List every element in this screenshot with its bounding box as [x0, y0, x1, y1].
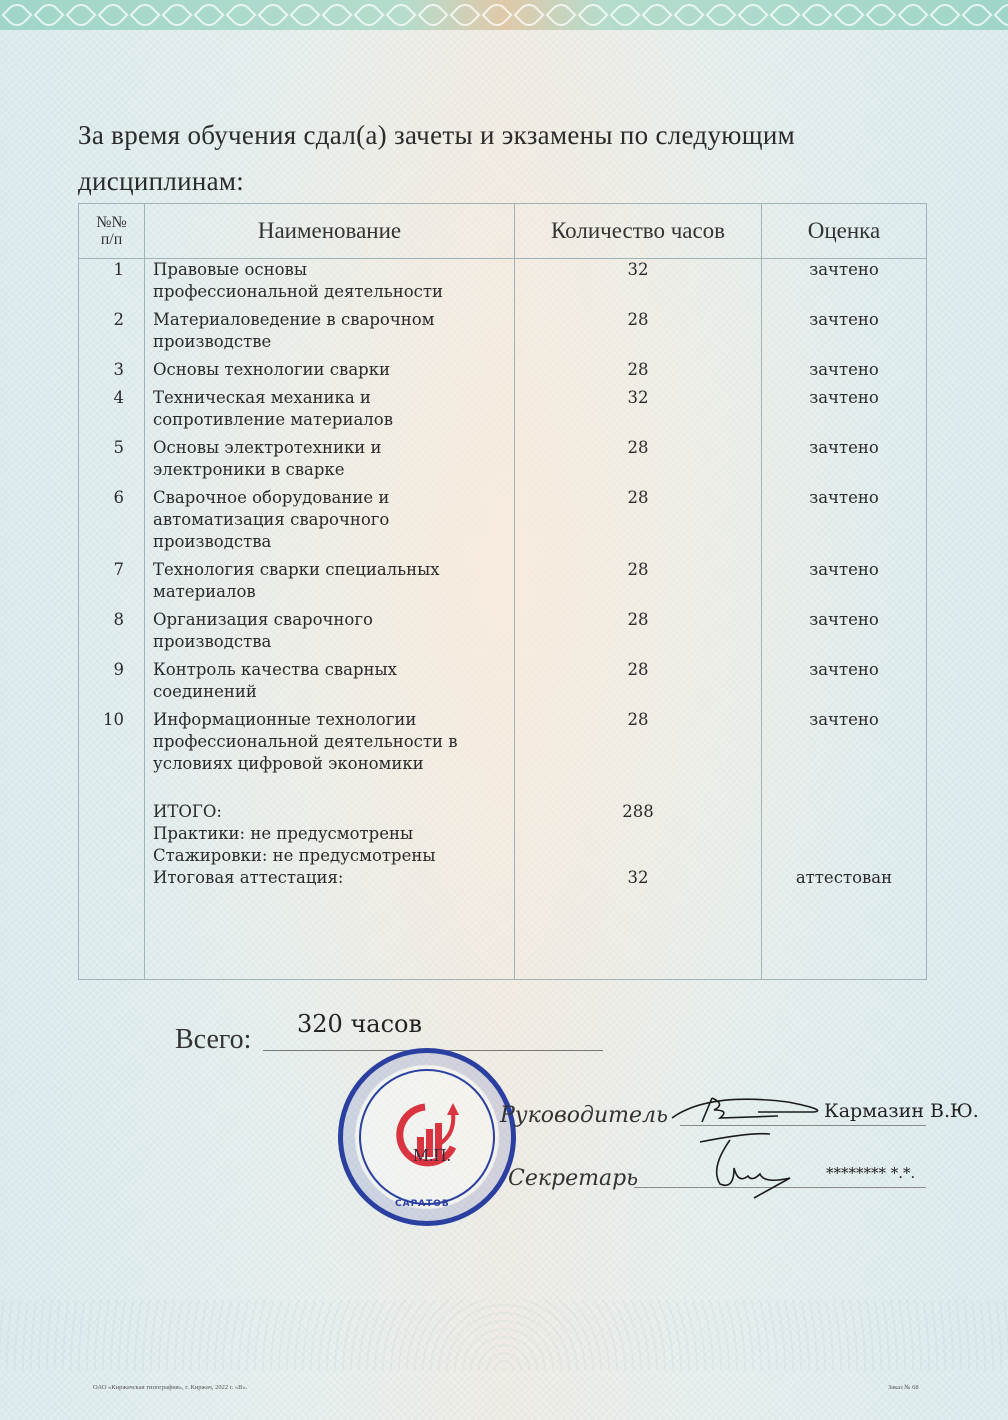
ornament-icon: [801, 0, 832, 30]
discipline-grade: зачтено: [762, 487, 927, 559]
summary-number-cell: [79, 781, 145, 889]
row-number: 1: [79, 259, 145, 310]
ornament-icon: [641, 0, 672, 30]
discipline-name-line: Технология сварки специальных: [153, 559, 514, 581]
summary-hours-value: [515, 823, 761, 845]
summary-label: Стажировки: не предусмотрены: [153, 845, 514, 867]
discipline-hours: 28: [515, 609, 762, 659]
ornament-icon: [737, 0, 768, 30]
row-number: 2: [79, 309, 145, 359]
discipline-grade: зачтено: [762, 709, 927, 781]
ornament-icon: [353, 0, 384, 30]
secretary-name: ******** *.*.: [826, 1164, 915, 1182]
discipline-name-line: автоматизация сварочного: [153, 509, 514, 531]
decorative-top-border: [0, 0, 1008, 30]
head-signature-scribble: [668, 1088, 828, 1128]
ornament-icon: [161, 0, 192, 30]
official-stamp: М.П. САРАТОВ: [338, 1048, 516, 1226]
row-number: 8: [79, 609, 145, 659]
column-header-hours: Количество часов: [515, 204, 762, 259]
ornament-icon: [833, 0, 864, 30]
discipline-name-line: Правовые основы: [153, 259, 514, 281]
empty-cell: [145, 889, 515, 980]
row-number: 9: [79, 659, 145, 709]
table-row: 7Технология сварки специальныхматериалов…: [79, 559, 927, 609]
table-row: 6Сварочное оборудование иавтоматизация с…: [79, 487, 927, 559]
decorative-bottom-pattern: [0, 1300, 1008, 1370]
discipline-name: Техническая механика исопротивление мате…: [145, 387, 515, 437]
discipline-name-line: электроники в сварке: [153, 459, 514, 481]
empty-cell: [762, 889, 927, 980]
discipline-hours: 32: [515, 387, 762, 437]
grades-table: №№ п/п Наименование Количество часов Оце…: [78, 203, 927, 980]
table-header-row: №№ п/п Наименование Количество часов Оце…: [79, 204, 927, 259]
summary-hours: 28832: [515, 781, 762, 889]
discipline-name-line: профессиональной деятельности в: [153, 731, 514, 753]
summary-grade-value: [762, 845, 926, 867]
discipline-name-line: Сварочное оборудование и: [153, 487, 514, 509]
row-number: 6: [79, 487, 145, 559]
discipline-name: Информационные технологиипрофессионально…: [145, 709, 515, 781]
discipline-name: Технология сварки специальныхматериалов: [145, 559, 515, 609]
discipline-name: Контроль качества сварныхсоединений: [145, 659, 515, 709]
head-role-label: Руководитель: [500, 1103, 668, 1128]
discipline-grade: зачтено: [762, 559, 927, 609]
row-number: 4: [79, 387, 145, 437]
discipline-name: Сварочное оборудование иавтоматизация св…: [145, 487, 515, 559]
discipline-name-line: материалов: [153, 581, 514, 603]
ornament-icon: [929, 0, 960, 30]
summary-hours-value: 288: [515, 801, 761, 823]
column-header-name: Наименование: [145, 204, 515, 259]
row-number: 7: [79, 559, 145, 609]
summary-label: ИТОГО:: [153, 801, 514, 823]
ornament-icon: [385, 0, 416, 30]
discipline-name-line: условиях цифровой экономики: [153, 753, 514, 775]
ornament-icon: [33, 0, 64, 30]
head-name: Кармазин В.Ю.: [824, 1100, 979, 1122]
ornament-icon: [513, 0, 544, 30]
empty-cell: [515, 889, 762, 980]
row-number: 3: [79, 359, 145, 387]
ornament-icon: [193, 0, 224, 30]
total-label: Всего:: [175, 1024, 251, 1056]
table-filler-row: [79, 889, 927, 980]
summary-grade-value: [762, 801, 926, 823]
secretary-role-label: Секретарь: [508, 1166, 638, 1191]
discipline-hours: 28: [515, 359, 762, 387]
ornament-icon: [97, 0, 128, 30]
summary-label: Практики: не предусмотрены: [153, 823, 514, 845]
ornament-icon: [449, 0, 480, 30]
discipline-hours: 28: [515, 709, 762, 781]
discipline-name-line: Материаловедение в сварочном: [153, 309, 514, 331]
page-heading: За время обучения сдал(а) зачеты и экзам…: [78, 112, 938, 204]
ornament-icon: [673, 0, 704, 30]
discipline-hours: 28: [515, 309, 762, 359]
discipline-name: Организация сварочногопроизводства: [145, 609, 515, 659]
ornament-icon: [289, 0, 320, 30]
discipline-name-line: соединений: [153, 681, 514, 703]
stamp-mark: М.П.: [413, 1145, 451, 1166]
discipline-hours: 28: [515, 437, 762, 487]
summary-grade-value: аттестован: [762, 867, 926, 889]
secretary-signature-scribble: [690, 1128, 800, 1200]
discipline-hours: 28: [515, 487, 762, 559]
discipline-hours: 28: [515, 559, 762, 609]
total-value: 320 часов: [297, 1010, 422, 1038]
row-number: 10: [79, 709, 145, 781]
ornament-icon: [257, 0, 288, 30]
empty-cell: [79, 889, 145, 980]
table-row: 9Контроль качества сварныхсоединений28за…: [79, 659, 927, 709]
heading-line-1: За время обучения сдал(а) зачеты и экзам…: [78, 112, 938, 158]
ornament-icon: [481, 0, 512, 30]
summary-grades: аттестован: [762, 781, 927, 889]
ornament-icon: [705, 0, 736, 30]
summary-hours-value: 32: [515, 867, 761, 889]
discipline-name-line: производства: [153, 531, 514, 553]
row-number: 5: [79, 437, 145, 487]
discipline-name: Основы технологии сварки: [145, 359, 515, 387]
ornament-icon: [609, 0, 640, 30]
discipline-grade: зачтено: [762, 259, 927, 310]
summary-grade-value: [762, 823, 926, 845]
discipline-grade: зачтено: [762, 387, 927, 437]
ornament-icon: [225, 0, 256, 30]
ornament-icon: [417, 0, 448, 30]
table-row: 5Основы электротехники иэлектроники в св…: [79, 437, 927, 487]
ornament-icon: [897, 0, 928, 30]
ornament-icon: [769, 0, 800, 30]
discipline-name-line: производстве: [153, 331, 514, 353]
ornament-icon: [1, 0, 32, 30]
discipline-hours: 28: [515, 659, 762, 709]
discipline-name-line: Информационные технологии: [153, 709, 514, 731]
discipline-grade: зачтено: [762, 659, 927, 709]
discipline-name: Основы электротехники иэлектроники в сва…: [145, 437, 515, 487]
discipline-name: Правовые основыпрофессиональной деятельн…: [145, 259, 515, 310]
ornament-icon: [865, 0, 896, 30]
order-number: Заказ № 68: [888, 1384, 919, 1391]
ornament-icon: [129, 0, 160, 30]
discipline-name-line: профессиональной деятельности: [153, 281, 514, 303]
discipline-grade: зачтено: [762, 309, 927, 359]
discipline-name-line: Основы электротехники и: [153, 437, 514, 459]
ornament-icon: [321, 0, 352, 30]
discipline-name: Материаловедение в сварочномпроизводстве: [145, 309, 515, 359]
discipline-grade: зачтено: [762, 359, 927, 387]
discipline-name-line: Техническая механика и: [153, 387, 514, 409]
number-header-line-2: п/п: [79, 231, 144, 248]
summary-hours-value: [515, 845, 761, 867]
table-row: 1Правовые основыпрофессиональной деятель…: [79, 259, 927, 310]
table-row: 2Материаловедение в сварочномпроизводств…: [79, 309, 927, 359]
discipline-grade: зачтено: [762, 437, 927, 487]
heading-line-2: дисциплинам:: [78, 158, 938, 204]
ornament-icon: [65, 0, 96, 30]
summary-labels: ИТОГО:Практики: не предусмотреныСтажиров…: [145, 781, 515, 889]
ornament-icon: [545, 0, 576, 30]
column-header-grade: Оценка: [762, 204, 927, 259]
summary-label: Итоговая аттестация:: [153, 867, 514, 889]
discipline-grade: зачтено: [762, 609, 927, 659]
column-header-number: №№ п/п: [79, 204, 145, 259]
table-row: 10Информационные технологиипрофессиональ…: [79, 709, 927, 781]
discipline-name-line: производства: [153, 631, 514, 653]
ornament-icon: [961, 0, 992, 30]
table-row: 4Техническая механика исопротивление мат…: [79, 387, 927, 437]
discipline-name-line: Контроль качества сварных: [153, 659, 514, 681]
discipline-hours: 32: [515, 259, 762, 310]
ornament-icon: [577, 0, 608, 30]
ornament-icon: [993, 0, 1008, 30]
table-row: 8Организация сварочногопроизводства28зач…: [79, 609, 927, 659]
discipline-name-line: Организация сварочного: [153, 609, 514, 631]
stamp-city: САРАТОВ: [395, 1199, 450, 1209]
discipline-name-line: сопротивление материалов: [153, 409, 514, 431]
discipline-name-line: Основы технологии сварки: [153, 359, 514, 381]
summary-row: ИТОГО:Практики: не предусмотреныСтажиров…: [79, 781, 927, 889]
table-row: 3Основы технологии сварки28зачтено: [79, 359, 927, 387]
printer-imprint: ОАО «Киржачская типография», г. Киржач, …: [93, 1384, 247, 1391]
number-header-line-1: №№: [79, 214, 144, 231]
